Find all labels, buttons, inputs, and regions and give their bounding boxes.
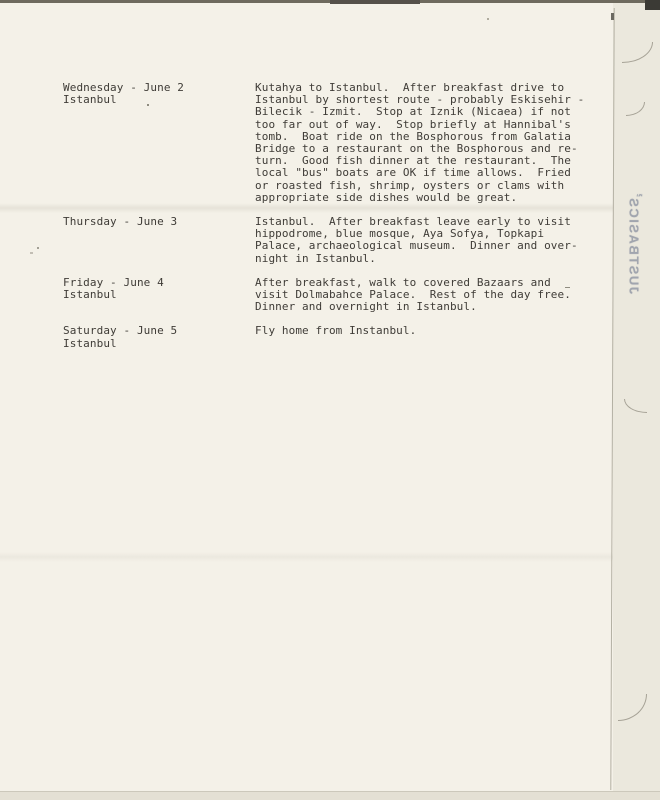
entry-location: Istanbul xyxy=(63,338,255,350)
itinerary-entry: Friday - June 4IstanbulAfter breakfast, … xyxy=(63,277,612,314)
entry-location: Istanbul xyxy=(63,94,255,106)
description-line: too far out of way. Stop briefly at Hann… xyxy=(255,119,612,131)
scan-speck xyxy=(147,104,149,106)
description-line: local "bus" boats are OK if time allows.… xyxy=(255,167,612,179)
scanned-page: Wednesday - June 2IstanbulKutahya to Ist… xyxy=(0,0,660,800)
description-line: Palace, archaeological museum. Dinner an… xyxy=(255,240,612,252)
entry-day-column: Thursday - June 3 xyxy=(63,216,255,265)
entry-description: Fly home from Instanbul. xyxy=(255,325,612,349)
description-line: Fly home from Instanbul. xyxy=(255,325,612,337)
brand-watermark: JUSTBASICS™ xyxy=(619,198,643,294)
paper-crease xyxy=(0,552,613,562)
scan-speck xyxy=(565,287,570,288)
entry-day-column: Saturday - June 5Istanbul xyxy=(63,325,255,349)
description-line: or roasted fish, shrimp, oysters or clam… xyxy=(255,180,612,192)
scan-bottom-strip xyxy=(0,792,660,800)
itinerary-entry: Wednesday - June 2IstanbulKutahya to Ist… xyxy=(63,82,612,204)
description-line: Dinner and overnight in Istanbul. xyxy=(255,301,612,313)
entry-description: Istanbul. After breakfast leave early to… xyxy=(255,216,612,265)
itinerary-entry: Thursday - June 3Istanbul. After breakfa… xyxy=(63,216,612,265)
scan-speck xyxy=(37,247,39,249)
entry-description: Kutahya to Istanbul. After breakfast dri… xyxy=(255,82,612,204)
scan-speck xyxy=(487,18,489,20)
entry-day: Saturday - June 5 xyxy=(63,325,255,337)
entry-description: After breakfast, walk to covered Bazaars… xyxy=(255,277,612,314)
itinerary-entry: Saturday - June 5IstanbulFly home from I… xyxy=(63,325,612,349)
brand-watermark-text: JUSTBASICS xyxy=(627,197,642,294)
scan-speck xyxy=(611,13,614,20)
description-line: Bilecik - Izmit. Stop at Iznik (Nicaea) … xyxy=(255,106,612,118)
description-line: night in Istanbul. xyxy=(255,253,612,265)
description-line: appropriate side dishes would be great. xyxy=(255,192,612,204)
scan-background-strip xyxy=(613,3,660,792)
scanner-corner-shadow xyxy=(645,0,660,10)
itinerary: Wednesday - June 2IstanbulKutahya to Ist… xyxy=(63,82,612,362)
trademark-symbol: ™ xyxy=(636,190,643,197)
scanner-top-edge-shadow xyxy=(330,0,420,4)
scan-speck xyxy=(30,252,33,254)
entry-day: Thursday - June 3 xyxy=(63,216,255,228)
entry-day-column: Friday - June 4Istanbul xyxy=(63,277,255,314)
entry-day-column: Wednesday - June 2Istanbul xyxy=(63,82,255,204)
entry-location: Istanbul xyxy=(63,289,255,301)
